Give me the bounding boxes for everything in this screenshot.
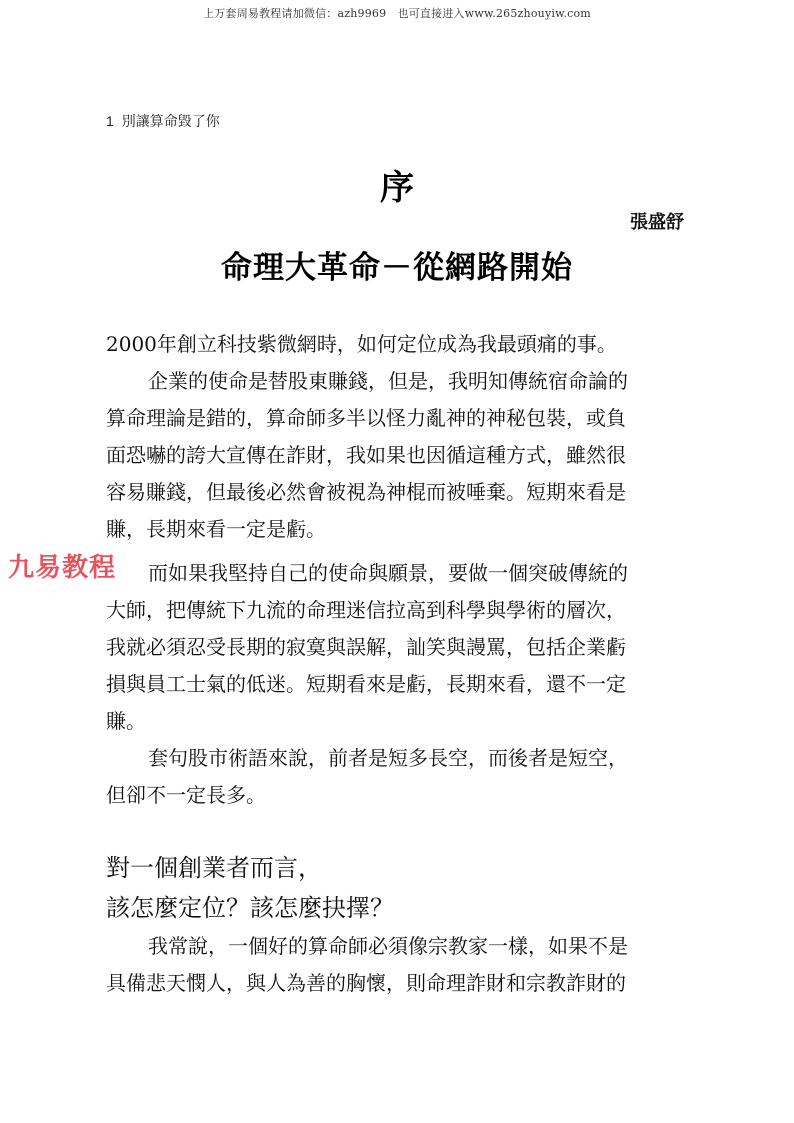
top-banner: 上万套周易教程请加微信：azh9969 也可直接进入www.265zhouyiw… — [0, 5, 794, 21]
text-line: 算命理論是錯的，算命師多半以怪力亂神的神秘包裝，或負 — [106, 405, 626, 431]
text-line: 企業的使命是替股東賺錢，但是，我明知傳統宿命論的 — [106, 368, 628, 394]
chapter-subtitle: 命理大革命－從網路開始 — [0, 242, 794, 287]
running-header: 1別讓算命毀了你 — [106, 111, 220, 131]
text-line: 面恐嚇的誇大宣傳在詐財，我如果也因循這種方式，雖然很 — [106, 442, 626, 468]
text-line: 套句股市術語來說，前者是短多長空，而後者是短空， — [106, 745, 628, 771]
author-name: 張盛舒 — [630, 208, 684, 234]
text-line: 容易賺錢，但最後必然會被視為神棍而被唾棄。短期來看是 — [106, 479, 626, 505]
text-line: 我就必須忍受長期的寂寞與誤解，訕笑與謾罵，包括企業虧 — [106, 634, 626, 660]
section-heading-line-2: 該怎麼定位？該怎麼抉擇？ — [106, 888, 394, 923]
page-number: 1 — [106, 113, 114, 129]
text-line: 賺。 — [106, 708, 146, 734]
text-line: 但卻不一定長多。 — [106, 782, 266, 808]
text-line: 2000年創立科技紫微網時，如何定位成為我最頭痛的事。 — [106, 331, 617, 357]
text-line: 我常說，一個好的算命師必須像宗教家一樣，如果不是 — [106, 933, 628, 959]
book-title: 別讓算命毀了你 — [122, 113, 220, 129]
section-heading-line-1: 對一個創業者而言， — [106, 848, 322, 883]
text-line: 具備悲天憫人，與人為善的胸懷，則命理詐財和宗教詐財的 — [106, 970, 626, 996]
chapter-title: 序 — [0, 160, 794, 209]
text-line: 而如果我堅持自己的使命與願景，要做一個突破傳統的 — [106, 560, 628, 586]
text-line: 賺，長期來看一定是虧。 — [106, 516, 326, 542]
watermark-logo: 九易教程 — [8, 547, 116, 584]
text-line: 大師，把傳統下九流的命理迷信拉高到科學與學術的層次， — [106, 597, 626, 623]
text-line: 損與員工士氣的低迷。短期看來是虧，長期來看，還不一定 — [106, 671, 626, 697]
